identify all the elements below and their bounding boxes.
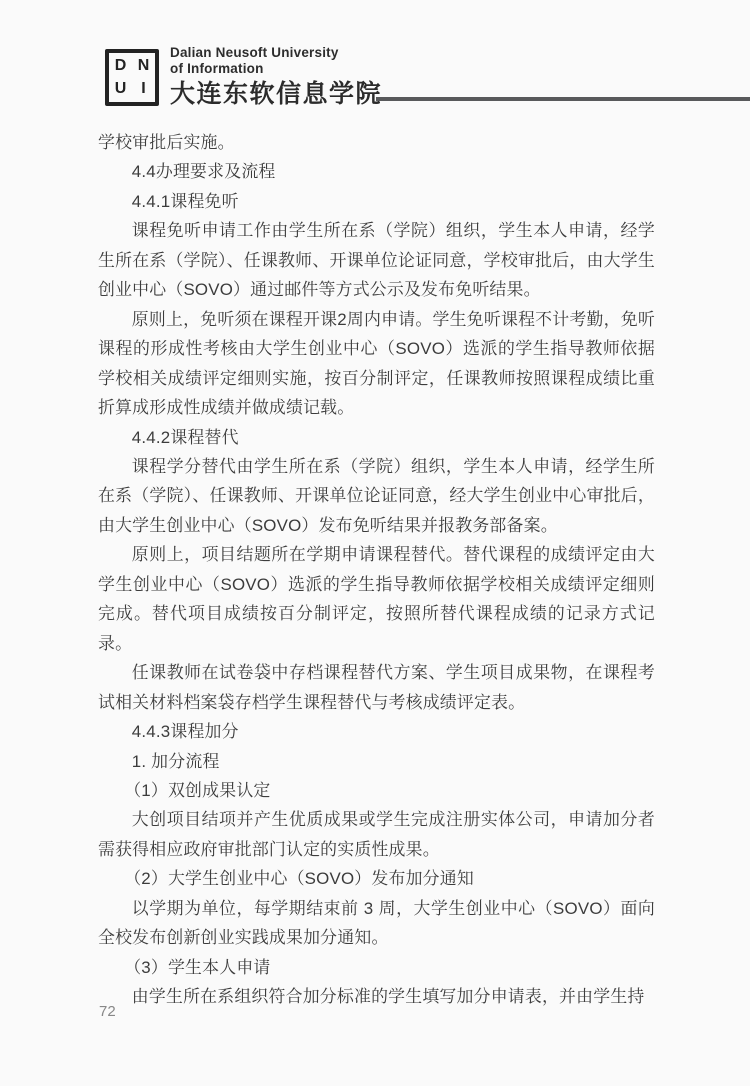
university-name-en-line1: Dalian Neusoft University [170, 45, 382, 61]
section-heading: 1. 加分流程 [98, 747, 655, 776]
body-paragraph: 课程学分替代由学生所在系（学院）组织，学生本人申请，经学生所在系（学院）、任课教… [98, 452, 655, 540]
header-rule-line [376, 97, 750, 101]
dnui-logo-icon: DNUI [105, 49, 159, 106]
logo-letter-i: I [141, 80, 145, 98]
document-body: 学校审批后实施。4.4办理要求及流程4.4.1课程免听课程免听申请工作由学生所在… [98, 128, 655, 1012]
body-paragraph: 原则上，免听须在课程开课2周内申请。学生免听课程不计考勤，免听课程的形成性考核由… [98, 305, 655, 423]
university-name-block: Dalian Neusoft University of Information… [170, 45, 382, 108]
section-heading: 4.4.1课程免听 [98, 187, 655, 216]
section-heading: （1）双创成果认定 [98, 776, 655, 805]
body-paragraph: 课程免听申请工作由学生所在系（学院）组织，学生本人申请，经学生所在系（学院）、任… [98, 216, 655, 304]
university-name-en-line2: of Information [170, 61, 382, 77]
body-paragraph: 原则上，项目结题所在学期申请课程替代。替代课程的成绩评定由大学生创业中心（SOV… [98, 540, 655, 658]
body-paragraph: 任课教师在试卷袋中存档课程替代方案、学生项目成果物，在课程考试相关材料档案袋存档… [98, 658, 655, 717]
continuation-line: 学校审批后实施。 [98, 128, 655, 157]
body-paragraph: 以学期为单位，每学期结束前 3 周，大学生创业中心（SOVO）面向全校发布创新创… [98, 894, 655, 953]
logo-letter-n: N [138, 57, 150, 75]
body-paragraph: 由学生所在系组织符合加分标准的学生填写加分申请表，并由学生持 [98, 982, 655, 1011]
university-name-cn: 大连东软信息学院 [170, 80, 382, 108]
logo-letter-d: D [115, 57, 127, 75]
page-number: 72 [99, 1003, 116, 1020]
section-heading: （2）大学生创业中心（SOVO）发布加分通知 [98, 864, 655, 893]
section-heading: （3）学生本人申请 [98, 953, 655, 982]
logo-letter-u: U [115, 80, 127, 98]
section-heading: 4.4.2课程替代 [98, 423, 655, 452]
section-heading: 4.4.3课程加分 [98, 717, 655, 746]
body-paragraph: 大创项目结项并产生优质成果或学生完成注册实体公司，申请加分者需获得相应政府审批部… [98, 805, 655, 864]
section-heading: 4.4办理要求及流程 [98, 157, 655, 186]
document-page: DNUI Dalian Neusoft University of Inform… [0, 0, 750, 1086]
